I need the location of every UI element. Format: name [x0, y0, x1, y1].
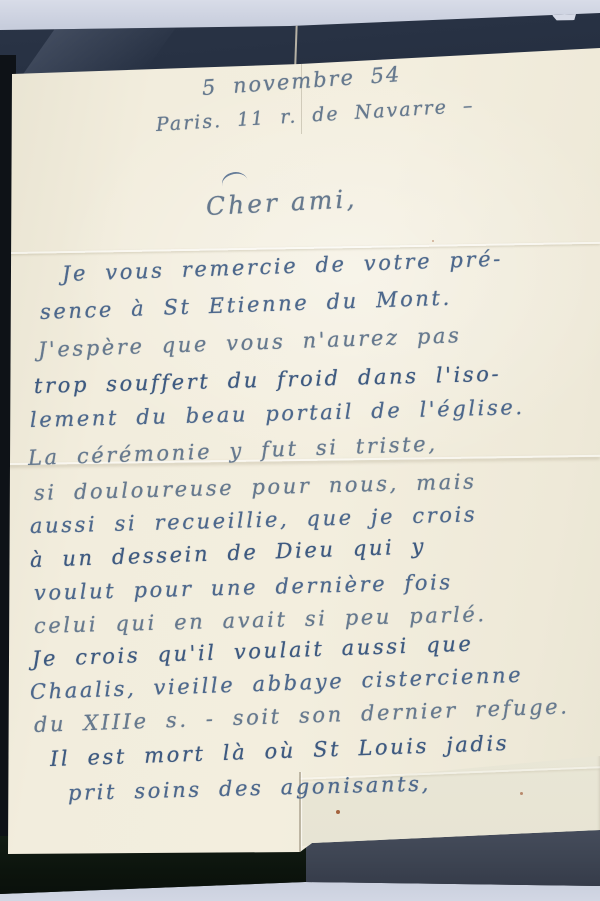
handwriting-line: à un dessein de Dieu qui y	[30, 534, 427, 572]
handwriting-line: J'espère que vous n'aurez pas	[38, 323, 462, 362]
mat-top-crack	[294, 20, 298, 68]
horizontal-fold-crease-upper	[0, 242, 600, 254]
handwriting-line: aussi si recueillie, que je crois	[30, 502, 478, 538]
address-line: Paris. 11 r. de Navarre –	[155, 95, 475, 136]
photo-of-letter: 5 novembre 54 Paris. 11 r. de Navarre – …	[0, 0, 600, 901]
handwriting-line: voulut pour une dernière fois	[34, 570, 453, 605]
handwriting-line: Il est mort là où St Louis jadis	[50, 731, 510, 771]
handwriting-line: sence à St Etienne du Mont.	[40, 286, 453, 324]
mat-shadow	[23, 26, 177, 74]
foxing-speck	[432, 240, 434, 242]
handwriting-line: si douloureuse pour nous, mais	[34, 469, 477, 505]
foxing-speck	[520, 792, 523, 795]
handwriting-line: Je vous remercie de votre pré-	[62, 247, 504, 286]
handwriting-line: trop souffert du froid dans l'iso-	[34, 362, 502, 398]
letter-paper: 5 novembre 54 Paris. 11 r. de Navarre – …	[0, 0, 600, 901]
foxing-speck	[336, 810, 340, 814]
mat-top-right-tear	[552, 9, 580, 25]
handwriting-line: lement du beau portail de l'église.	[30, 395, 525, 432]
handwriting-line: Je crois qu'il voulait aussi que	[32, 632, 474, 671]
handwriting-line: La cérémonie y fut si triste,	[28, 432, 438, 470]
